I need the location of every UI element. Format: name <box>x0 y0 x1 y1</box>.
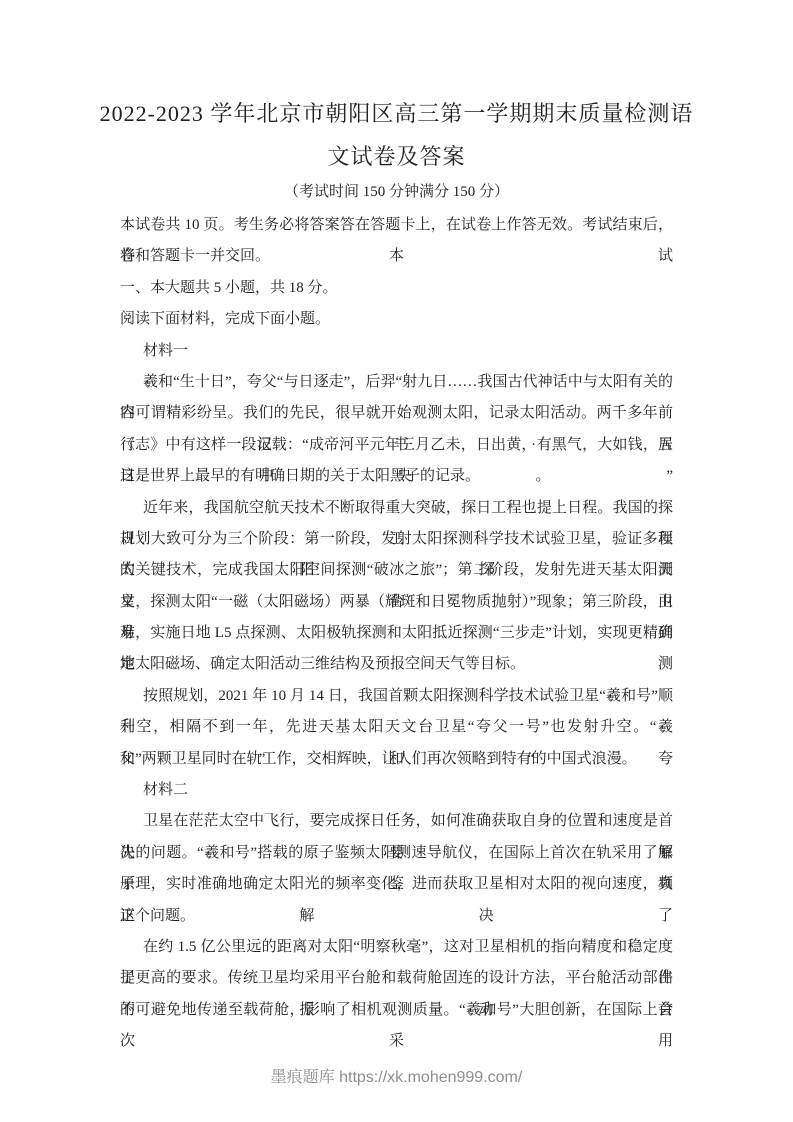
body-text-line: 星，探测太阳“一磁（太阳磁场）两暴（耀斑和日冕物质抛射）”现象；第三阶段，由易到 <box>120 587 673 618</box>
body-text-line: 阅读下面材料，完成下面小题。 <box>120 304 673 335</box>
exam-paper-page: 2022-2023 学年北京市朝阳区高三第一学期期末质量检测语 文试卷及答案 （… <box>0 0 793 1122</box>
body-text-line: 材料二 <box>120 775 673 806</box>
page-title-line-1: 2022-2023 学年北京市朝阳区高三第一学期期末质量检测语 <box>0 92 793 135</box>
watermark-footer: 墨痕题库 https://xk.mohen999.com/ <box>0 1066 793 1090</box>
exam-time-subtitle: （考试时间 150 分钟满分 150 分） <box>0 181 793 203</box>
page-title-line-2: 文试卷及答案 <box>0 135 793 178</box>
body-text-line: 的关键技术，完成我国太阳空间探测“破冰之旅”；第二阶段，发射先进天基太阳天文台卫 <box>120 555 673 586</box>
body-text-line: 父”两颗卫星同时在轨工作，交相辉映，让人们再次领略到特有的中国式浪漫。 <box>120 744 673 775</box>
body-text-line: 行志》中有这样一段记载：“成帝河平元年三月乙未，日出黄，有黑气，大如钱，居日中央… <box>120 430 673 461</box>
body-text-line: 近年来，我国航空航天技术不断取得重大突破，探日工程也提上日程。我国的探日工程 <box>120 493 673 524</box>
body-text-line: 难，实施日地 L5 点探测、太阳极轨探测和太阳抵近探测“三步走”计划，实现更精确… <box>120 618 673 649</box>
body-text-line: 不可避免地传递至载荷舱，影响了相机观测质量。“羲和号”大胆创新，在国际上首次采用 <box>120 995 673 1026</box>
body-text-line: 本试卷共 10 页。考生务必将答案答在答题卡上，在试卷上作答无效。考试结束后，将… <box>120 210 673 241</box>
body-text-line: 升空，相隔不到一年，先进天基太阳天文台卫星“夸父一号”也发射升空。“羲和”和“夸 <box>120 712 673 743</box>
body-text-line: 一、本大题共 5 小题，共 18 分。 <box>120 273 673 304</box>
body-text-line: 了更高的要求。传统卫星均采用平台舱和载荷舱固连的设计方法，平台舱活动部件的振动会 <box>120 963 673 994</box>
body-text-line: 卫星在茫茫太空中飞行，要完成探日任务，如何准确获取自身的位置和速度是首先要解 <box>120 806 673 837</box>
body-text-line: 原理，实时准确地确定太阳光的频率变化，进而获取卫星相对太阳的视向速度，真正解决了 <box>120 869 673 900</box>
body-text-line: 决的问题。“羲和号”搭载的原子鉴频太阳测速导航仪，在国际上首次在轨采用了原子鉴频 <box>120 838 673 869</box>
exam-body-text: 本试卷共 10 页。考生务必将答案答在答题卡上，在试卷上作答无效。考试结束后，将… <box>120 210 673 1026</box>
body-text-line: 在约 1.5 亿公里远的距离对太阳“明察秋毫”，这对卫星相机的指向精度和稳定度提… <box>120 932 673 963</box>
body-text-line: 按照规划，2021 年 10 月 14 日，我国首颗太阳探测科学技术试验卫星“羲… <box>120 681 673 712</box>
body-text-line: 羲和“生十日”，夸父“与日逐走”，后羿“射九日……我国古代神话中与太阳有关的内 <box>120 367 673 398</box>
page-title: 2022-2023 学年北京市朝阳区高三第一学期期末质量检测语 文试卷及答案 <box>0 0 793 178</box>
body-text-line: 规划大致可分为三个阶段：第一阶段，发射太阳探测科学技术试验卫星，验证多项太阳探测 <box>120 524 673 555</box>
body-text-line: 容可谓精彩纷呈。我们的先民，很早就开始观测太阳，记录太阳活动。两千多年前《汉书·… <box>120 398 673 429</box>
body-text-line: 材料一 <box>120 336 673 367</box>
